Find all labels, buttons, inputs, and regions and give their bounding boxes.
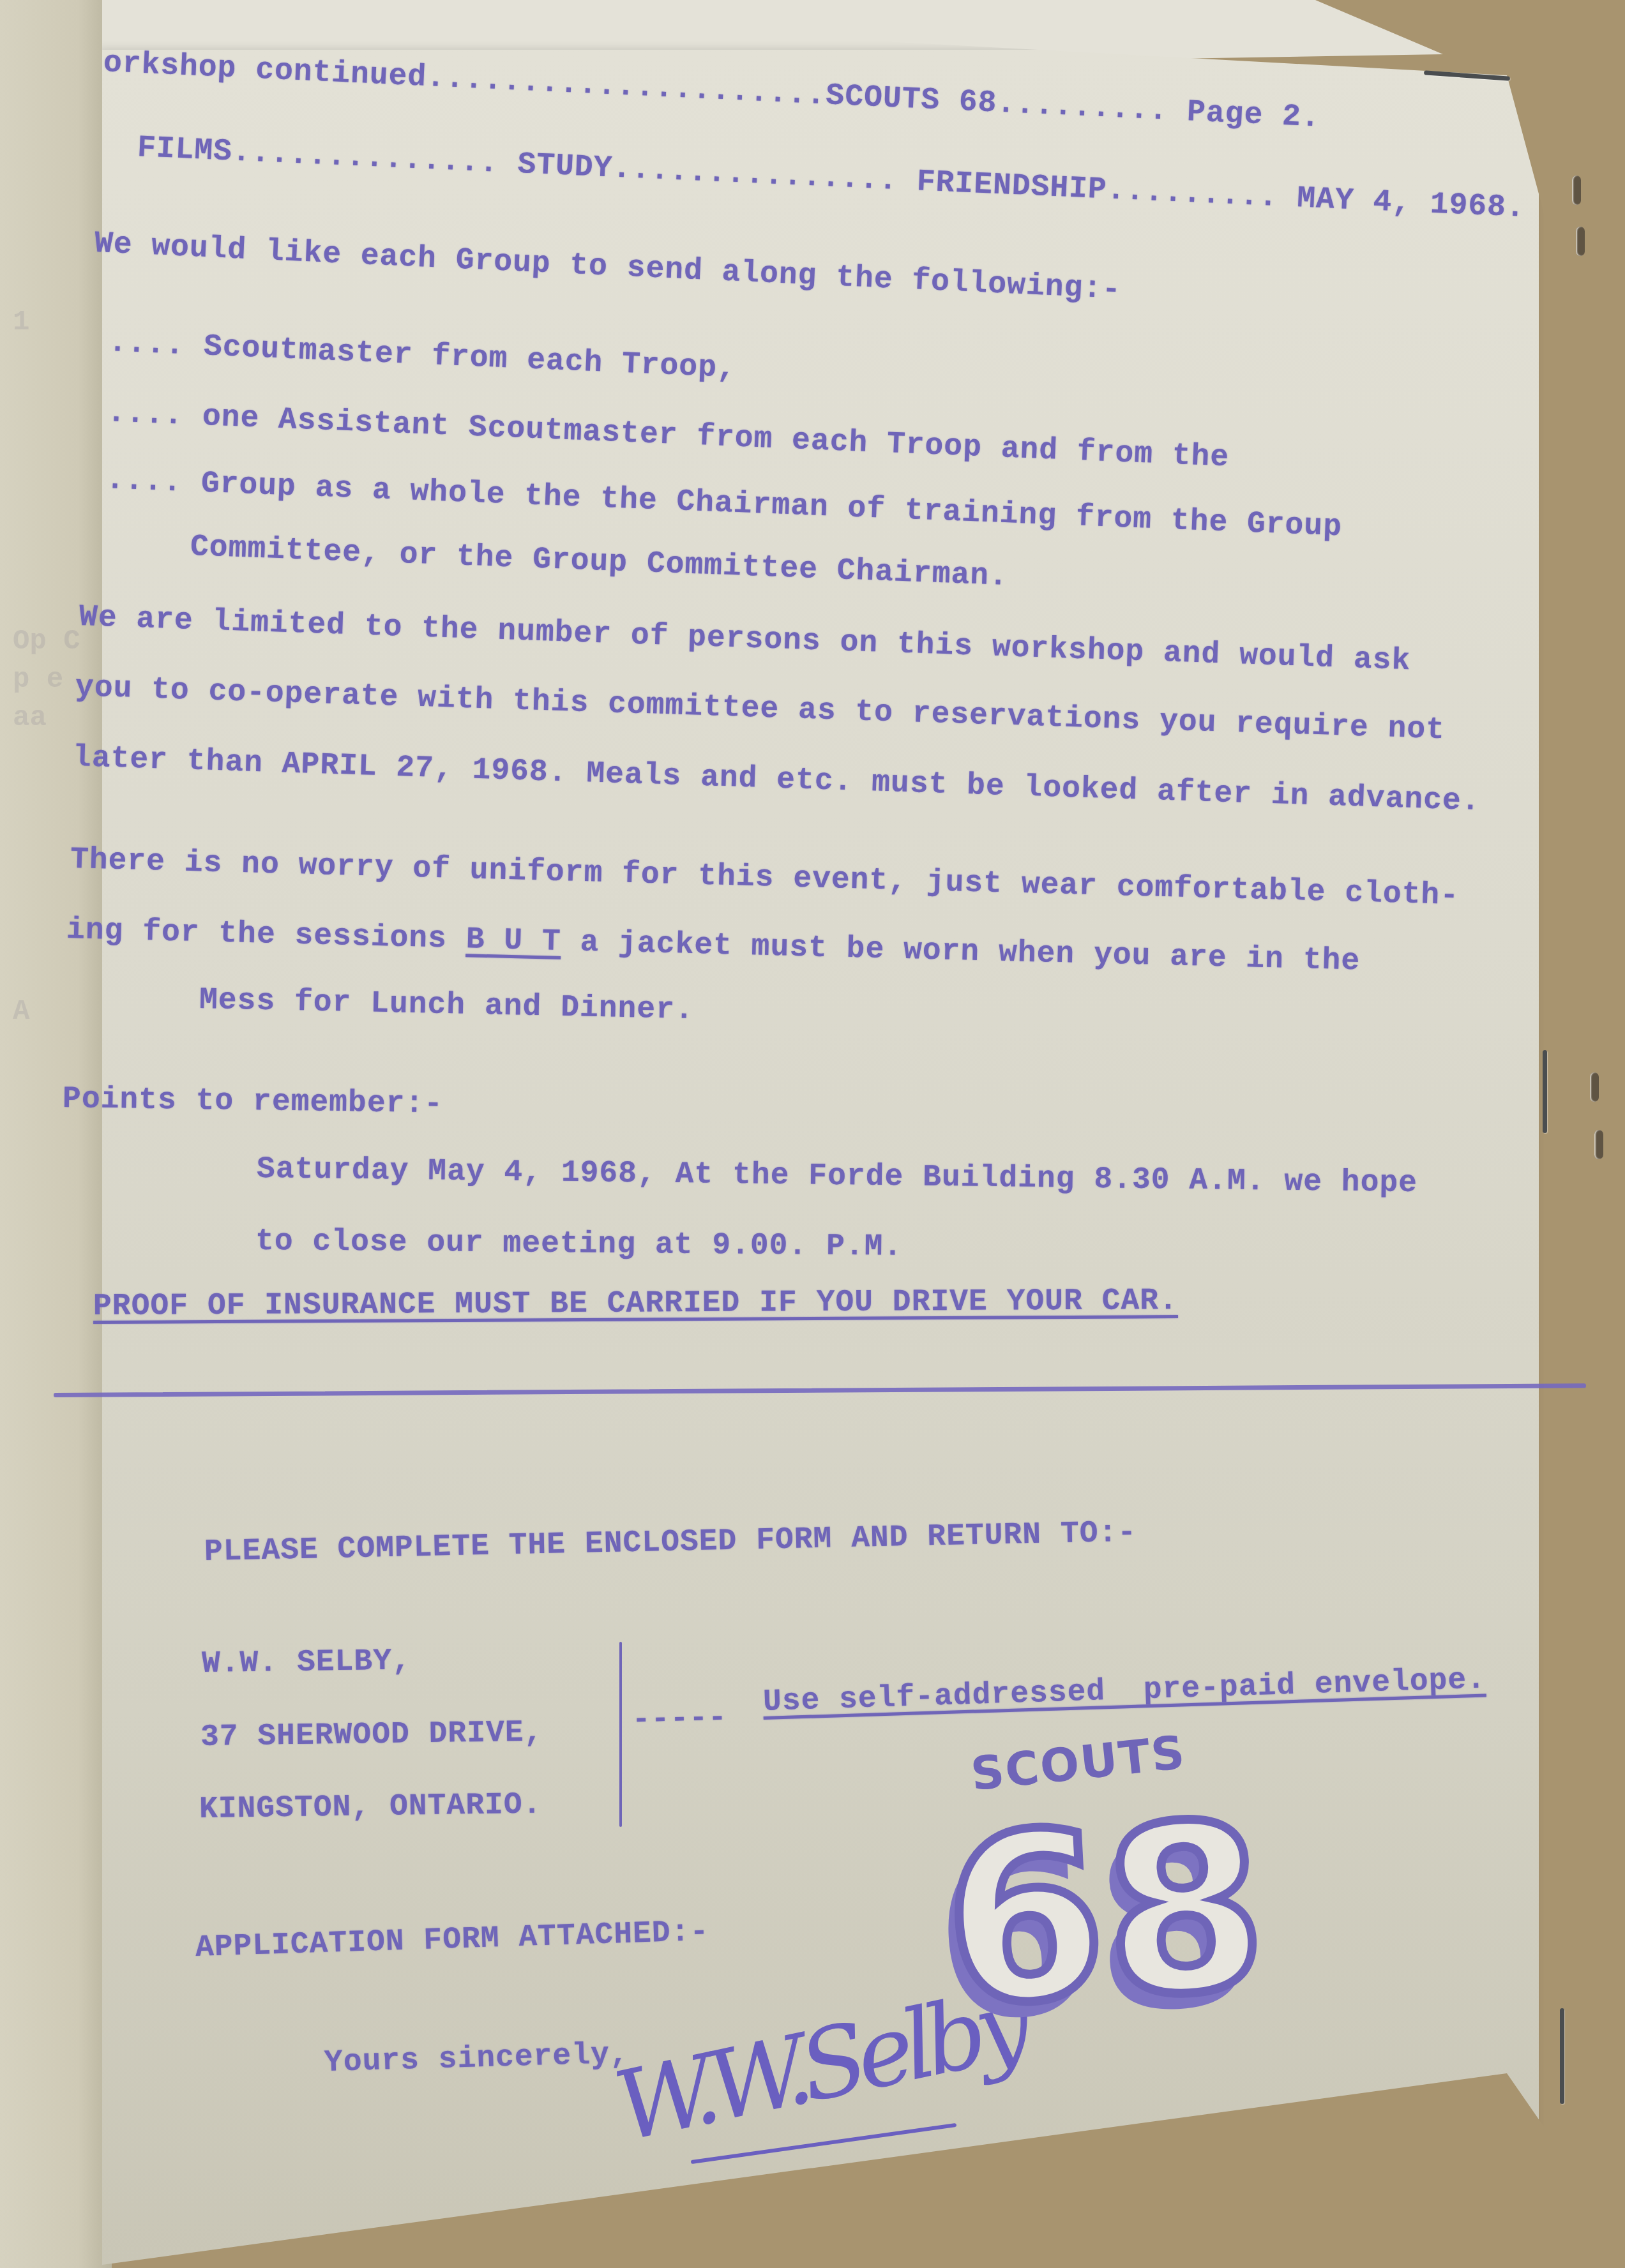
insurance-notice: PROOF OF INSURANCE MUST BE CARRIED IF YO…	[93, 1284, 1178, 1324]
address-street: 37 SHERWOOD DRIVE,	[200, 1716, 543, 1755]
punch-hole	[1594, 1130, 1603, 1159]
address-city: KINGSTON, ONTARIO.	[199, 1788, 542, 1827]
points-line-2: to close our meeting at 9.00. P.M.	[255, 1224, 903, 1265]
punch-hole	[1576, 227, 1585, 256]
bleed-through-text: A	[13, 996, 29, 1028]
punch-hole	[1590, 1072, 1599, 1102]
bleed-through-text: aa	[13, 702, 47, 734]
stamp-number: 68	[939, 1792, 1271, 2038]
bleed-through-text: 1	[13, 306, 29, 338]
address-brace	[619, 1642, 622, 1827]
staple-middle	[1543, 1050, 1547, 1133]
staple-bottom	[1560, 2008, 1564, 2104]
emphasis-but: B U T	[465, 922, 561, 959]
bleed-through-text: p e	[13, 664, 63, 696]
bleed-through-text: Op C	[13, 626, 80, 657]
address-connector: -----	[631, 1701, 727, 1738]
points-heading: Points to remember:-	[63, 1082, 444, 1122]
punch-hole	[1572, 176, 1581, 205]
address-name: W.W. SELBY,	[202, 1644, 412, 1681]
underlying-page: 1 Op C p e aa A	[0, 0, 112, 2268]
scouts-68-stamp: SCOUTS 68	[926, 1736, 1245, 2094]
